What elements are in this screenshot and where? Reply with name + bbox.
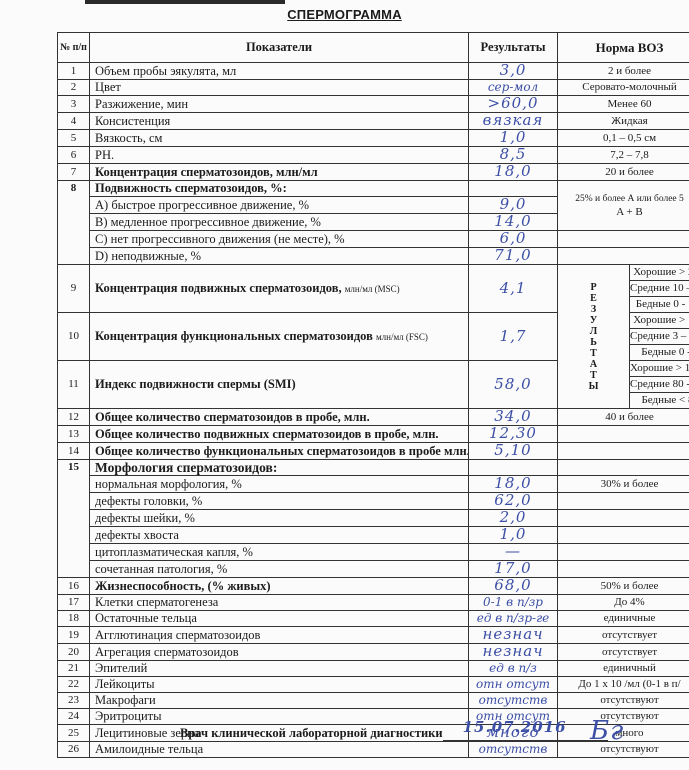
row-indicator: Вязкость, см <box>90 130 469 147</box>
row-indicator: дефекты хвоста <box>90 527 469 544</box>
table-row: 14Общее количество функциональных сперма… <box>58 443 689 460</box>
row-result: 0-1 в п/зр <box>469 595 558 611</box>
row-norm <box>558 493 689 510</box>
row-result: вязкая <box>469 113 558 130</box>
row-indicator: С) нет прогрессивного движения (не месте… <box>90 231 469 248</box>
row-result: 71,0 <box>469 248 558 265</box>
row-indicator: Эритроциты <box>90 709 469 725</box>
handwritten-result: ед в п/зр-ге <box>477 611 550 625</box>
row-norm: единичный <box>558 661 689 677</box>
row-norm: 7,2 – 7,8 <box>558 147 689 164</box>
handwritten-result: >60,0 <box>488 96 539 113</box>
indicator-name: Концентрация функциональных сперматозоид… <box>95 329 373 343</box>
handwritten-result: 62,0 <box>494 493 531 510</box>
row-number: 16 <box>58 578 90 595</box>
row-result: 2,0 <box>469 510 558 527</box>
row-number: 6 <box>58 147 90 164</box>
row-result: незнач <box>469 644 558 661</box>
table-row: нормальная морфология, %18,030% и более <box>58 476 689 493</box>
row-norm: Жидкая <box>558 113 689 130</box>
row-result: 62,0 <box>469 493 558 510</box>
row-norm: До 1 х 10 /мл (0-1 в п/ <box>558 677 689 693</box>
row-result: 6,0 <box>469 231 558 248</box>
handwritten-result: 1,0 <box>500 527 527 544</box>
row-norm: 0,1 – 0,5 см <box>558 130 689 147</box>
row-result: 5,10 <box>469 443 558 460</box>
row-indicator: Концентрация подвижных сперматозоидов, м… <box>90 265 469 313</box>
row-result: ед в п/з <box>469 661 558 677</box>
table-row: 19Агглютинация сперматозоидовнезначотсут… <box>58 627 689 644</box>
handwritten-result: 5,10 <box>494 443 531 460</box>
row-indicator: дефекты головки, % <box>90 493 469 510</box>
handwritten-result: ед в п/з <box>489 661 537 675</box>
row-indicator: Агрегация сперматозоидов <box>90 644 469 661</box>
grade-norm: Средние 10 – 26 <box>630 281 689 297</box>
table-row: 4КонсистенциявязкаяЖидкая <box>58 113 689 130</box>
handwritten-result: 1,7 <box>500 327 527 345</box>
row-result: 3,0 <box>469 63 558 80</box>
table-row: 7Концентрация сперматозоидов, млн/мл18,0… <box>58 164 689 181</box>
row-norm: До 4% <box>558 595 689 611</box>
handwritten-result: 71,0 <box>494 248 531 265</box>
row-result: сер-мол <box>469 80 558 96</box>
table-row: 15Морфология сперматозоидов: <box>58 460 689 476</box>
grade-norm: Средние 3 – 13 <box>630 329 689 345</box>
row-norm <box>558 510 689 527</box>
handwritten-result: вязкая <box>483 113 544 130</box>
indicator-name: Индекс подвижности спермы (SMI) <box>95 377 296 391</box>
row-result <box>469 181 558 197</box>
header-num: № п/п <box>58 33 90 63</box>
row-indicator: Объем пробы эякулята, мл <box>90 63 469 80</box>
table-row: 2Цветсер-молСеровато-молочный <box>58 80 689 96</box>
handwritten-result: — <box>505 544 521 561</box>
handwritten-result: 18,0 <box>494 476 531 493</box>
grade-norm: Средние 80 - 160 <box>630 377 689 393</box>
row-result: 9,0 <box>469 197 558 214</box>
row-indicator: Морфология сперматозоидов: <box>90 460 469 476</box>
row-number: 9 <box>58 265 90 313</box>
row-indicator: Макрофаги <box>90 693 469 709</box>
row-indicator: Концентрация сперматозоидов, млн/мл <box>90 164 469 181</box>
row-result: 14,0 <box>469 214 558 231</box>
handwritten-result: сер-мол <box>488 80 538 94</box>
row-result: 68,0 <box>469 578 558 595</box>
handwritten-result: 2,0 <box>500 510 527 527</box>
row-indicator: Агглютинация сперматозоидов <box>90 627 469 644</box>
handwritten-result: незнач <box>482 644 543 661</box>
row-norm: 25% и более А или более 5A + B <box>558 181 689 231</box>
row-indicator: Клетки сперматогенеза <box>90 595 469 611</box>
row-norm: 20 и более <box>558 164 689 181</box>
row-number: 26 <box>58 742 90 758</box>
row-number: 7 <box>58 164 90 181</box>
row-result: 1,0 <box>469 130 558 147</box>
grade-norm: Бедные 0 - 3 <box>630 345 689 361</box>
indicator-unit: млн/мл (MSC) <box>345 284 400 294</box>
handwritten-result: 12,30 <box>489 426 537 443</box>
row-result: отсутств <box>469 742 558 758</box>
row-number: 11 <box>58 361 90 409</box>
row-number: 1 <box>58 63 90 80</box>
doctor-signature: Бг <box>590 716 624 746</box>
row-indicator: Общее количество подвижных сперматозоидо… <box>90 426 469 443</box>
table-row: 1Объем пробы эякулята, мл3,02 и более <box>58 63 689 80</box>
handwritten-result: отн отсут <box>476 677 550 691</box>
table-row: D) неподвижные, %71,0 <box>58 248 689 265</box>
row-number: 24 <box>58 709 90 725</box>
table-row: 16Жизнеспособность, (% живых)68,050% и б… <box>58 578 689 595</box>
table-row: 3Разжижение, мин>60,0Менее 60 <box>58 96 689 113</box>
grade-norm: Бедные 0 - 10 <box>630 297 689 313</box>
row-result: >60,0 <box>469 96 558 113</box>
row-indicator: Лейкоциты <box>90 677 469 693</box>
row-norm: 50% и более <box>558 578 689 595</box>
row-norm <box>558 231 689 248</box>
indicator-name: Концентрация подвижных сперматозоидов, <box>95 281 342 295</box>
row-result: незнач <box>469 627 558 644</box>
table-row: 5Вязкость, см1,00,1 – 0,5 см <box>58 130 689 147</box>
handwritten-result: незнач <box>482 627 543 644</box>
row-result: 18,0 <box>469 164 558 181</box>
table-row: 18Остаточные тельцаед в п/зр-геединичные <box>58 611 689 627</box>
handwritten-result: 34,0 <box>494 409 531 426</box>
handwritten-result: 17,0 <box>494 561 531 578</box>
document-title: СПЕРМОГРАММА <box>0 7 689 22</box>
row-norm <box>558 460 689 476</box>
row-norm: 2 и более <box>558 63 689 80</box>
row-number: 14 <box>58 443 90 460</box>
row-number: 23 <box>58 693 90 709</box>
row-number: 5 <box>58 130 90 147</box>
row-number: 18 <box>58 611 90 627</box>
row-indicator: нормальная морфология, % <box>90 476 469 493</box>
row-norm <box>558 426 689 443</box>
row-number: 3 <box>58 96 90 113</box>
table-row: дефекты головки, %62,0 <box>58 493 689 510</box>
row-number: 21 <box>58 661 90 677</box>
handwritten-result: 68,0 <box>494 578 531 595</box>
row-result: отсутств <box>469 693 558 709</box>
row-number: 10 <box>58 313 90 361</box>
handwritten-result: отсутств <box>479 742 548 756</box>
row-indicator: Общее количество сперматозоидов в пробе,… <box>90 409 469 426</box>
header-norm: Норма ВОЗ <box>558 33 689 63</box>
table-row: цитоплазматическая капля, %— <box>58 544 689 561</box>
table-row: 20Агрегация сперматозоидовнезначотсутств… <box>58 644 689 661</box>
row-result: 8,5 <box>469 147 558 164</box>
row-indicator: Амилоидные тельца <box>90 742 469 758</box>
row-indicator: Эпителий <box>90 661 469 677</box>
grade-norm: Бедные < 80 <box>630 393 689 409</box>
row-result <box>469 460 558 476</box>
table-row: сочетанная патология, %17,0 <box>58 561 689 578</box>
row-number: 15 <box>58 460 90 578</box>
row-indicator: Остаточные тельца <box>90 611 469 627</box>
table-row: 23Макрофагиотсутствотсутствуют <box>58 693 689 709</box>
row-number: 20 <box>58 644 90 661</box>
row-number: 4 <box>58 113 90 130</box>
row-norm <box>558 544 689 561</box>
row-result: 1,0 <box>469 527 558 544</box>
row-indicator: сочетанная патология, % <box>90 561 469 578</box>
row-norm <box>558 443 689 460</box>
row-indicator: Индекс подвижности спермы (SMI) <box>90 361 469 409</box>
table-row: дефекты шейки, %2,0 <box>58 510 689 527</box>
row-norm: Менее 60 <box>558 96 689 113</box>
handwritten-result: 0-1 в п/зр <box>483 595 543 609</box>
table-row: 17Клетки сперматогенеза0-1 в п/зрДо 4% <box>58 595 689 611</box>
row-indicator: А) быстрое прогрессивное движение, % <box>90 197 469 214</box>
handwritten-result: 9,0 <box>500 197 527 214</box>
table-row: дефекты хвоста1,0 <box>58 527 689 544</box>
row-number: 17 <box>58 595 90 611</box>
row-indicator: цитоплазматическая капля, % <box>90 544 469 561</box>
row-norm: единичные <box>558 611 689 627</box>
handwritten-result: 58,0 <box>494 375 531 393</box>
handwritten-result: 3,0 <box>500 63 527 80</box>
table-row: 9Концентрация подвижных сперматозоидов, … <box>58 265 689 281</box>
row-result: 1,7 <box>469 313 558 361</box>
row-norm: отсутствует <box>558 627 689 644</box>
results-vertical-label: РЕЗУЛЬТАТЫ <box>558 265 630 409</box>
row-result: ед в п/зр-ге <box>469 611 558 627</box>
row-result: 18,0 <box>469 476 558 493</box>
header-result: Результаты <box>469 33 558 63</box>
row-norm <box>558 527 689 544</box>
handwritten-result: 14,0 <box>494 214 531 231</box>
row-indicator: В) медленное прогрессивное движение, % <box>90 214 469 231</box>
row-indicator: дефекты шейки, % <box>90 510 469 527</box>
grade-norm: Хорошие > 160 <box>630 361 689 377</box>
handwritten-result: 1,0 <box>500 130 527 147</box>
row-result: 12,30 <box>469 426 558 443</box>
handwritten-result: 4,1 <box>500 279 527 297</box>
table-row: 22Лейкоцитыотн отсутДо 1 х 10 /мл (0-1 в… <box>58 677 689 693</box>
row-norm: Серовато-молочный <box>558 80 689 96</box>
row-result: 4,1 <box>469 265 558 313</box>
doctor-signature-line: Врач клинической лабораторной диагностик… <box>180 726 608 741</box>
signature-date: 15.07.2016 <box>463 718 567 736</box>
row-indicator: Общее количество функциональных спермато… <box>90 443 469 460</box>
row-norm <box>558 561 689 578</box>
grade-norm: Хорошие > 26 <box>630 265 689 281</box>
row-result: отн отсут <box>469 677 558 693</box>
doctor-label: Врач клинической лабораторной диагностик… <box>180 726 443 740</box>
handwritten-result: 8,5 <box>500 147 527 164</box>
row-result: 17,0 <box>469 561 558 578</box>
table-row: С) нет прогрессивного движения (не месте… <box>58 231 689 248</box>
row-norm: отсутствуют <box>558 693 689 709</box>
scan-edge <box>85 0 285 4</box>
row-result: 58,0 <box>469 361 558 409</box>
row-norm: 30% и более <box>558 476 689 493</box>
row-indicator: D) неподвижные, % <box>90 248 469 265</box>
row-norm <box>558 248 689 265</box>
row-number: 13 <box>58 426 90 443</box>
results-table: № п/п Показатели Результаты Норма ВОЗ 1О… <box>57 32 689 758</box>
row-number: 19 <box>58 627 90 644</box>
row-norm: отсутствует <box>558 644 689 661</box>
row-indicator: Консистенция <box>90 113 469 130</box>
row-number: 25 <box>58 725 90 742</box>
row-norm: 40 и более <box>558 409 689 426</box>
table-row: 21Эпителийед в п/зединичный <box>58 661 689 677</box>
norm-line: 25% и более А или более 5 <box>558 193 689 206</box>
handwritten-result: 18,0 <box>494 164 531 181</box>
table-row: 12Общее количество сперматозоидов в проб… <box>58 409 689 426</box>
row-number: 2 <box>58 80 90 96</box>
row-indicator: Цвет <box>90 80 469 96</box>
row-indicator: PH. <box>90 147 469 164</box>
row-indicator: Концентрация функциональных сперматозоид… <box>90 313 469 361</box>
row-number: 8 <box>58 181 90 265</box>
row-indicator: Разжижение, мин <box>90 96 469 113</box>
norm-line: A + B <box>558 206 689 219</box>
handwritten-result: 6,0 <box>500 231 527 248</box>
table-row: 8Подвижность сперматозоидов, %:25% и бол… <box>58 181 689 197</box>
row-number: 22 <box>58 677 90 693</box>
table-row: 13Общее количество подвижных сперматозои… <box>58 426 689 443</box>
indicator-unit: млн/мл (FSC) <box>376 332 428 342</box>
row-indicator: Жизнеспособность, (% живых) <box>90 578 469 595</box>
row-result: — <box>469 544 558 561</box>
handwritten-result: отсутств <box>479 693 548 707</box>
table-row: 6PH.8,57,2 – 7,8 <box>58 147 689 164</box>
row-result: 34,0 <box>469 409 558 426</box>
row-indicator: Подвижность сперматозоидов, %: <box>90 181 469 197</box>
row-number: 12 <box>58 409 90 426</box>
grade-norm: Хорошие > 13 <box>630 313 689 329</box>
header-name: Показатели <box>90 33 469 63</box>
